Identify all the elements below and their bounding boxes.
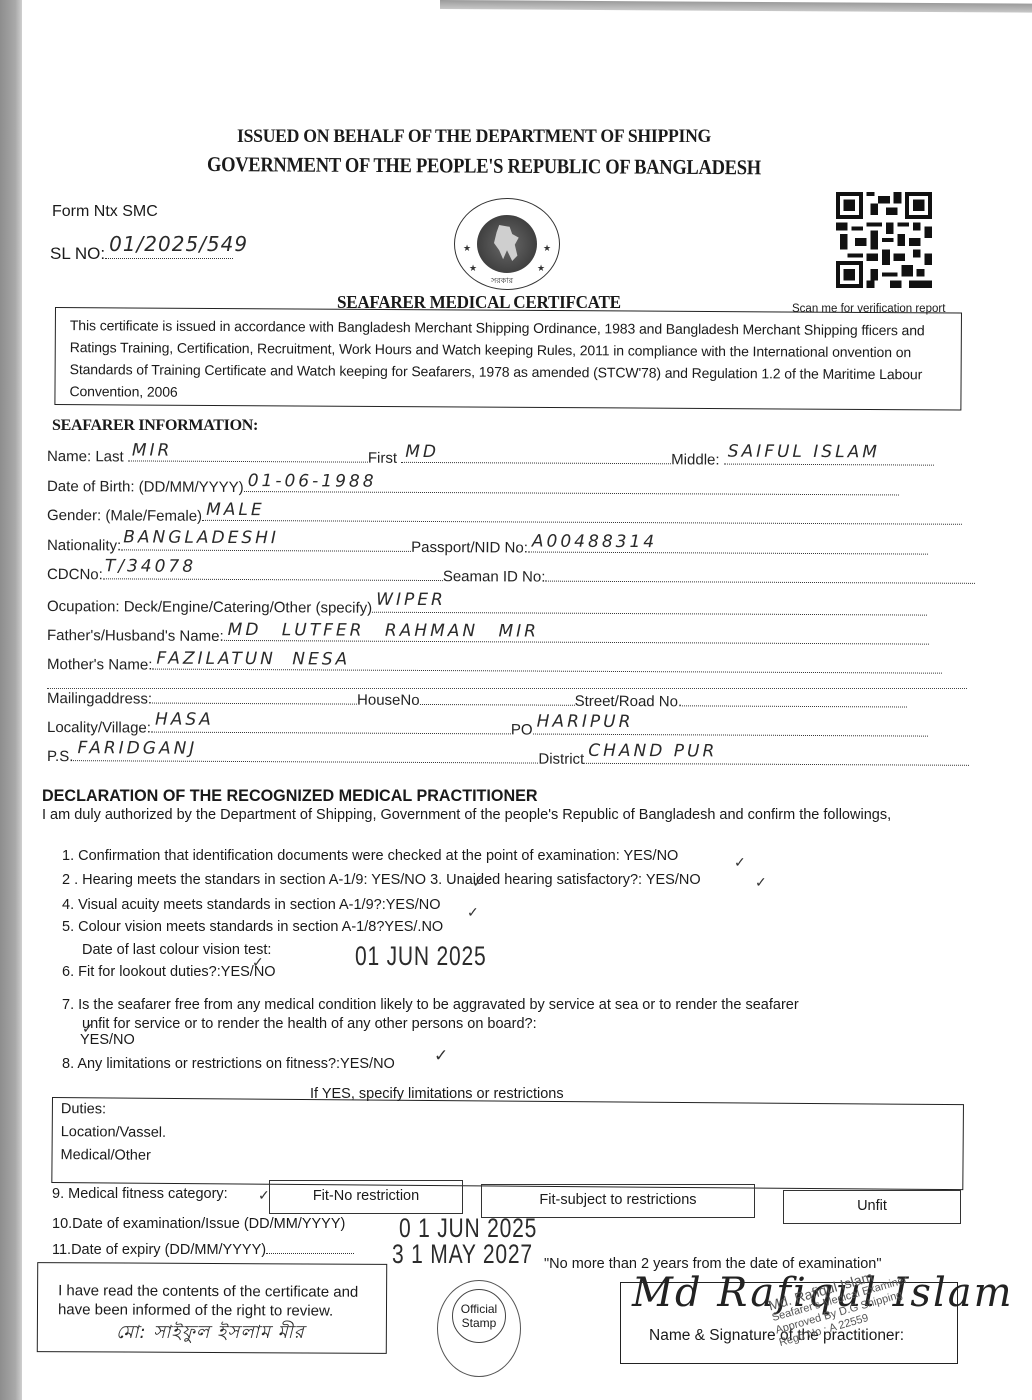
- check-mark-icon: ✓: [82, 1020, 94, 1037]
- street-value[interactable]: [682, 693, 907, 707]
- dob-value[interactable]: 01-06-1988: [248, 471, 377, 492]
- name-row: Name: Last MIRFirst MDMiddle: SAIFUL ISL…: [47, 448, 987, 470]
- dob-row: Date of Birth: (DD/MM/YYYY)01-06-1988: [47, 478, 899, 499]
- po-value[interactable]: HARIPUR: [537, 712, 634, 733]
- declaration-item-6: 6. Fit for lookout duties?:YES/NO: [62, 964, 276, 980]
- first-name-value[interactable]: MD: [405, 442, 439, 462]
- declaration-item-7: 7. Is the seafarer free from any medical…: [62, 997, 799, 1013]
- check-mark-icon: ✓: [252, 954, 264, 971]
- acknowledgement-text: I have read the contents of the certific…: [58, 1281, 378, 1321]
- colour-test-label: Date of last colour vision test:: [82, 942, 271, 958]
- house-no-value[interactable]: [420, 692, 575, 706]
- certificate-page: ISSUED ON BEHALF OF THE DEPARTMENT OF SH…: [22, 0, 1032, 1400]
- fitness-option-unfit[interactable]: Unfit: [783, 1190, 961, 1224]
- locality-value[interactable]: HASA: [155, 710, 214, 730]
- expiry-date-stamp: 3 1 MAY 2027: [392, 1239, 533, 1270]
- cdc-value[interactable]: T/34078: [105, 556, 196, 576]
- map-icon: [494, 225, 520, 261]
- mother-name-value[interactable]: FAZILATUN NESA: [156, 649, 350, 670]
- father-row: Father's/Husband's Name:MD LUTFER RAHMAN…: [47, 627, 929, 649]
- declaration-item-2: 2 . Hearing meets the standars in sectio…: [62, 872, 701, 888]
- occupation-value[interactable]: WIPER: [376, 590, 446, 610]
- seafarer-signature: মো: সাইফুল ইসলাম মীর: [116, 1318, 305, 1349]
- official-stamp-icon: Official Stamp: [437, 1280, 521, 1377]
- check-mark-icon: ✓: [472, 874, 484, 891]
- father-name-value[interactable]: MD LUTFER RAHMAN MIR: [228, 620, 539, 642]
- qr-code-icon[interactable]: [834, 192, 934, 288]
- declaration-intro: I am duly authorized by the Department o…: [42, 806, 922, 824]
- fitness-category-label: 9. Medical fitness category:: [52, 1186, 228, 1202]
- declaration-item-4: 4. Visual acuity meets standards in sect…: [62, 897, 441, 913]
- check-mark-icon: ✓: [434, 1046, 448, 1066]
- occupation-row: Ocupation: Deck/Engine/Catering/Other (s…: [47, 598, 927, 620]
- fitness-option-fit-no-restriction[interactable]: Fit-No restriction: [269, 1180, 463, 1214]
- gender-row: Gender: (Male/Female)MALE: [47, 507, 962, 529]
- limitations-box: Duties: Location/Vassel. Medical/Other: [51, 1097, 964, 1190]
- exam-date-label: 10.Date of examination/Issue (DD/MM/YYYY…: [52, 1216, 345, 1232]
- scan-border-left: [0, 0, 22, 1400]
- serial-value: 01/2025/549: [109, 232, 248, 256]
- nationality-value[interactable]: BANGLADESHI: [123, 527, 279, 548]
- header-line-1: ISSUED ON BEHALF OF THE DEPARTMENT OF SH…: [237, 126, 711, 148]
- serial-number: SL NO:01/2025/549: [50, 244, 233, 264]
- check-mark-icon: ✓: [467, 904, 479, 921]
- expiry-date-label: 11.Date of expiry (DD/MM/YYYY): [52, 1242, 354, 1258]
- middle-name-value[interactable]: SAIFUL ISLAM: [728, 442, 880, 463]
- locality-row: Locality/Village:HASAPOHARIPUR: [47, 719, 928, 741]
- mailing-row: Mailingaddress:HouseNoStreet/Road No.: [47, 690, 907, 712]
- government-seal-icon: ★ ★ ★ ★ সরকার: [454, 198, 560, 290]
- header-line-2: GOVERNMENT OF THE PEOPLE'S REPUBLIC OF B…: [207, 152, 761, 180]
- seafarer-info-heading: SEAFARER INFORMATION:: [52, 417, 258, 435]
- cdc-row: CDCNo:T/34078Seaman ID No:: [47, 566, 975, 588]
- dotted-line: [47, 688, 967, 689]
- serial-label: SL NO:: [50, 244, 105, 263]
- declaration-item-8: 8. Any limitations or restrictions on fi…: [62, 1056, 395, 1072]
- seaman-id-value[interactable]: [545, 569, 975, 584]
- passport-value[interactable]: A00488314: [532, 532, 657, 553]
- declaration-item-7-cont: unfit for service or to render the healt…: [82, 1016, 537, 1032]
- mother-row: Mother's Name:FAZILATUN NESA: [47, 656, 942, 678]
- declaration-item-5: 5. Colour vision meets standards in sect…: [62, 919, 443, 935]
- form-code: Form Ntx SMC: [52, 203, 158, 221]
- declaration-heading: DECLARATION OF THE RECOGNIZED MEDICAL PR…: [42, 786, 538, 806]
- colour-test-date-stamp: 01 JUN 2025: [355, 941, 487, 972]
- statement-box: This certificate is issued in accordance…: [54, 307, 962, 411]
- mailing-address-value[interactable]: [152, 691, 357, 705]
- ps-value[interactable]: FARIDGANJ: [77, 738, 197, 759]
- check-mark-icon: ✓: [734, 854, 746, 871]
- last-name-value[interactable]: MIR: [132, 440, 173, 460]
- nationality-row: Nationality:BANGLADESHIPassport/NID No:A…: [47, 537, 928, 559]
- gender-value[interactable]: MALE: [206, 500, 265, 520]
- district-value[interactable]: CHAND PUR: [588, 741, 717, 762]
- declaration-item-1: 1. Confirmation that identification docu…: [62, 848, 678, 864]
- check-mark-icon: ✓: [755, 874, 767, 891]
- check-mark-icon: ✓: [258, 1187, 270, 1204]
- ps-row: P.S.FARIDGANJDistrictCHAND PUR: [47, 748, 969, 770]
- statement-text: This certificate is issued in accordance…: [69, 314, 961, 407]
